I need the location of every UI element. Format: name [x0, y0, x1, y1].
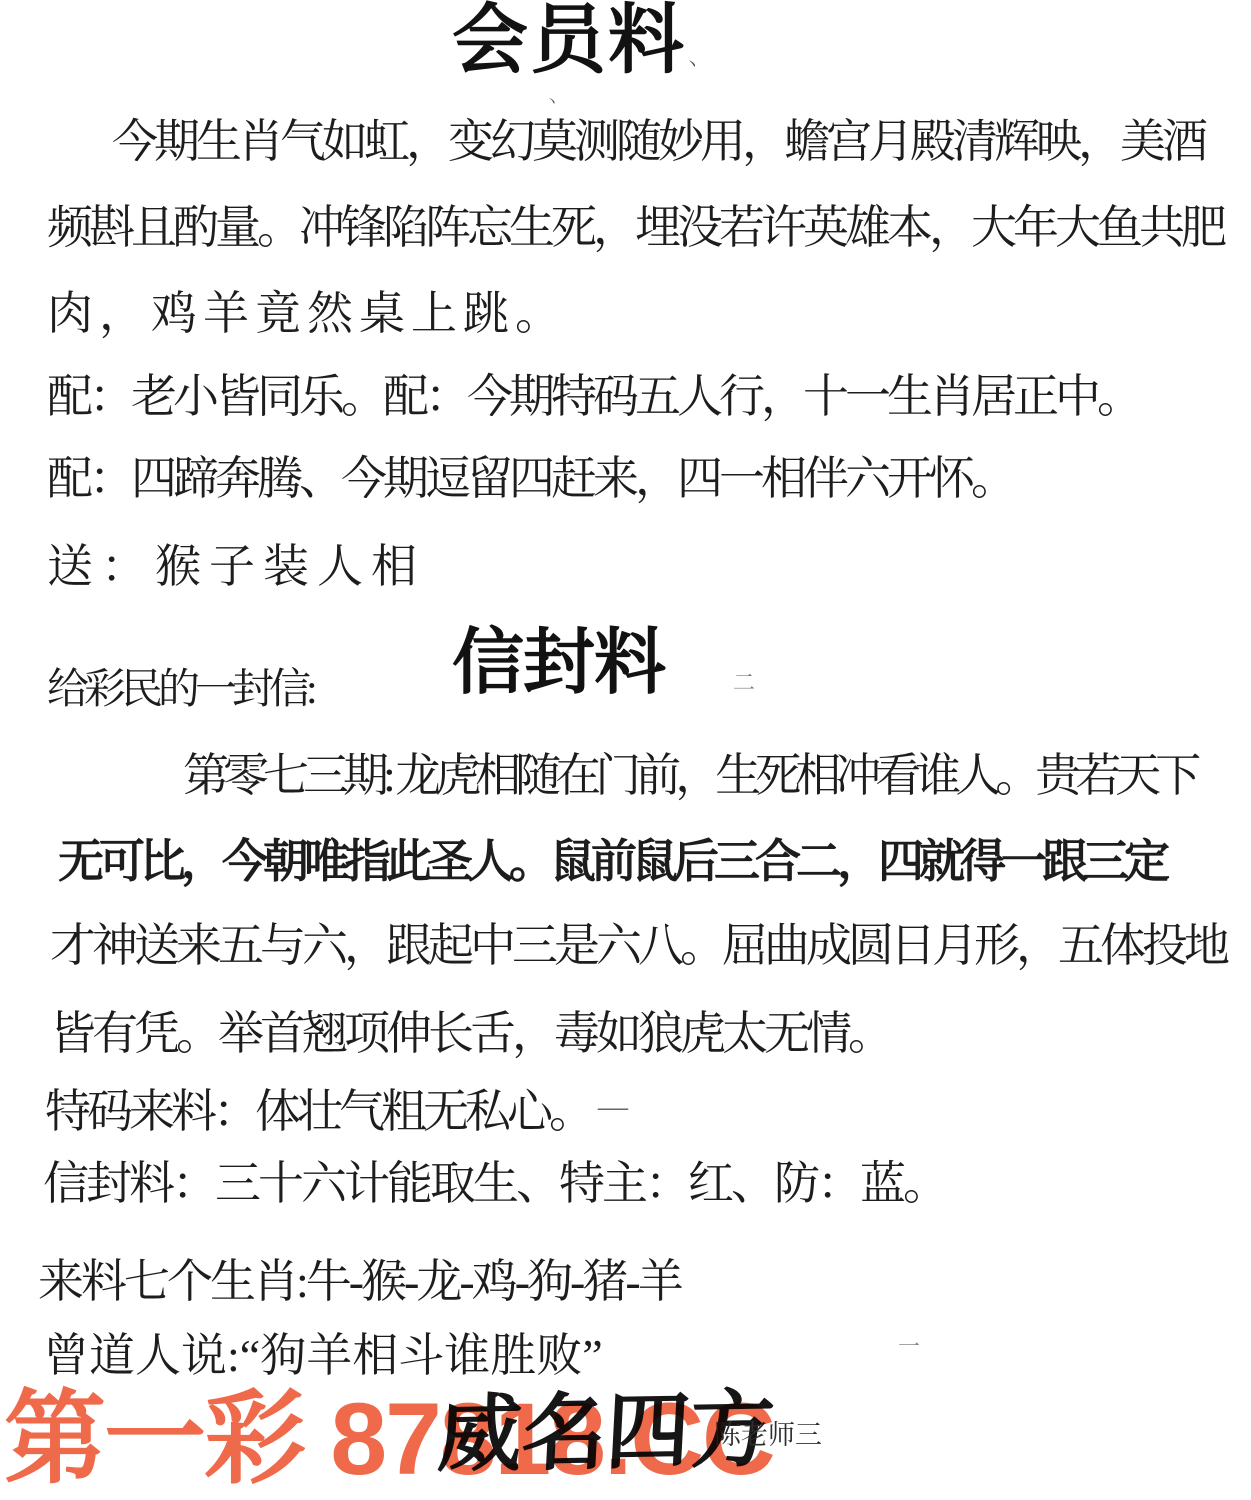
- member-paragraph-line-1: 今期生肖气如虹，变幻莫测随妙用，蟾宫月殿清辉映，美酒: [112, 116, 1204, 169]
- pairing-line-2: 配：四蹄奔腾、今期逗留四赶来，四一相伴六开怀。: [47, 453, 1013, 506]
- scanned-tip-sheet: 会员料 丶 丶 今期生肖气如虹，变幻莫测随妙用，蟾宫月殿清辉映，美酒 频斟且酌量…: [0, 0, 1251, 1500]
- member-section-title: 会员料: [452, 2, 686, 82]
- member-paragraph-line-3: 肉，鸡羊竟然桌上跳。: [47, 288, 567, 341]
- letter-line-1: 第零七三期: 龙虎相随在门前，生死相冲看谁人。贵若天下: [183, 750, 1195, 803]
- quote-trailing-mark: 一: [898, 1330, 920, 1361]
- special-code-line: 特码来料：体壮气粗无私心。: [45, 1086, 591, 1139]
- letter-side-label: 给彩民的一封信:: [47, 666, 313, 714]
- zodiac-line: 来料七个生肖:牛-猴-龙-鸡-狗-猪-羊: [38, 1256, 681, 1309]
- envelope-section-title: 信封料: [452, 626, 665, 702]
- member-paragraph-line-2: 频斟且酌量。冲锋陷阵忘生死，埋没若许英雄本，大年大鱼共肥: [47, 202, 1223, 255]
- title-side-mark: 二: [733, 666, 755, 697]
- envelope-line: 信封料：三十六计能取生、特主：红、防：蓝。: [43, 1158, 946, 1211]
- pairing-line-1: 配：老小皆同乐。配：今期特码五人行，十一生肖居正中。: [47, 371, 1139, 424]
- quote-line: 曾道人说:“狗羊相斗谁胜败”: [43, 1330, 603, 1383]
- site-watermark: 第一彩 87818.CC: [4, 1388, 774, 1490]
- letter-line-2: 无可比，今朝唯指此圣人。鼠前鼠后三合二，四就得一跟三定: [58, 836, 1165, 889]
- letter-line-3: 才神送来五与六，跟起中三是六八。屈曲成圆日月形，五体投地: [50, 920, 1226, 973]
- special-code-trailing-mark: —: [598, 1090, 628, 1124]
- stray-ink-mark-title: 丶: [684, 52, 700, 75]
- letter-line-4: 皆有凭。举首翘项伸长舌，毒如狼虎太无情。: [50, 1008, 890, 1061]
- gift-line: 送：猴子装人相: [47, 541, 425, 594]
- stray-ink-mark-under-title: 丶: [545, 92, 559, 112]
